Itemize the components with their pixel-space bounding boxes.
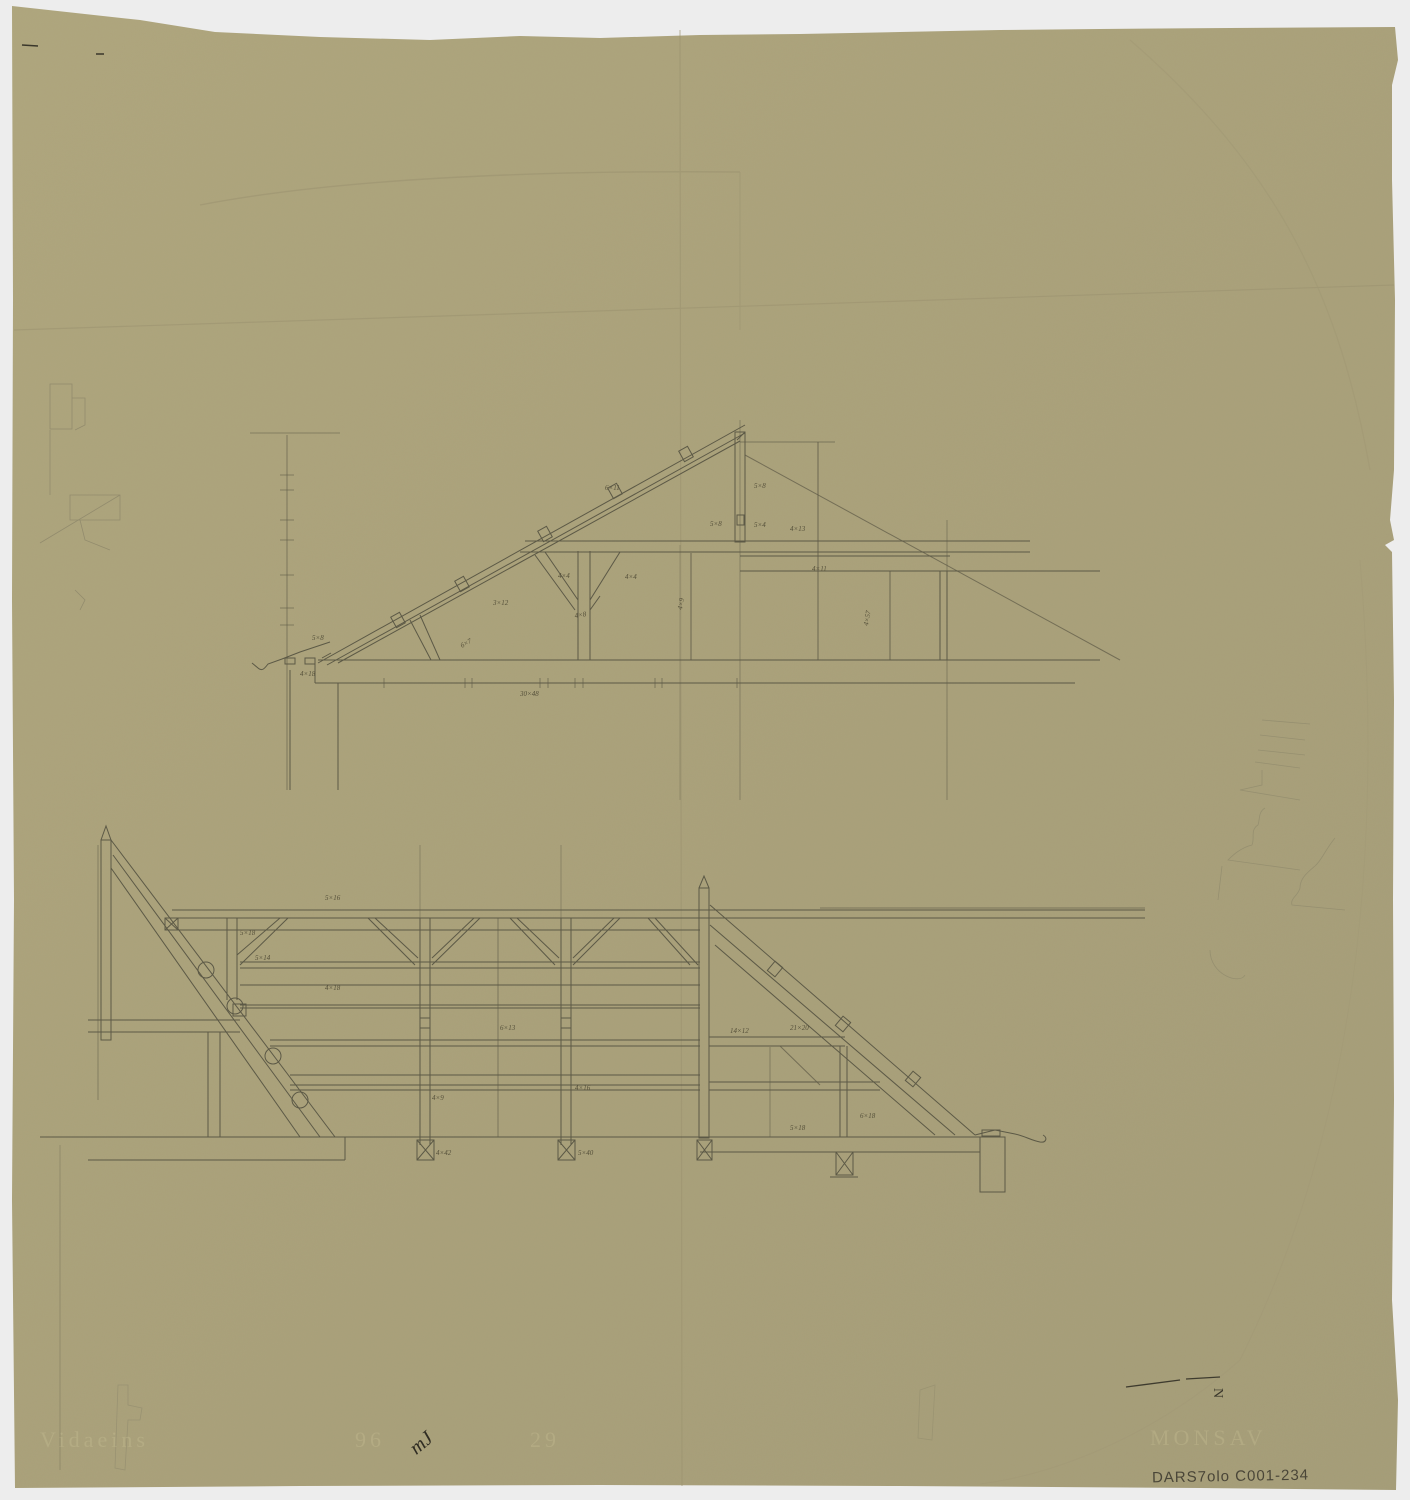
svg-text:4×11: 4×11 xyxy=(812,565,827,573)
svg-text:14×12: 14×12 xyxy=(730,1027,749,1035)
svg-text:4×4: 4×4 xyxy=(625,573,637,581)
svg-text:5×8: 5×8 xyxy=(710,520,722,528)
paper xyxy=(12,6,1398,1490)
archive-reference-number: DARS7olo C001-234 xyxy=(1152,1467,1309,1487)
svg-text:5×16: 5×16 xyxy=(325,894,341,902)
svg-text:4×42: 4×42 xyxy=(436,1149,452,1157)
ghost-stamp-mid2: 29 xyxy=(530,1427,560,1453)
svg-text:30×48: 30×48 xyxy=(519,690,539,698)
drawing-sheet: 5×8 4×18 4×8 6×7 3×12 4×4 4×4 6×11 5×8 5… xyxy=(0,0,1410,1500)
svg-text:5×18: 5×18 xyxy=(790,1124,806,1132)
svg-text:5×8: 5×8 xyxy=(312,634,324,642)
svg-text:5×18: 5×18 xyxy=(240,929,256,937)
ghost-stamp-right: MONSAV xyxy=(1150,1425,1267,1451)
svg-text:5×8: 5×8 xyxy=(754,482,766,490)
ghost-stamp-left: Vidaeins xyxy=(40,1427,149,1453)
svg-text:4×9: 4×9 xyxy=(432,1094,444,1102)
svg-text:5×14: 5×14 xyxy=(255,954,271,962)
svg-text:5×4: 5×4 xyxy=(754,521,766,529)
svg-text:4×18: 4×18 xyxy=(325,984,341,992)
svg-text:4×13: 4×13 xyxy=(790,525,806,533)
svg-text:21×20: 21×20 xyxy=(790,1024,809,1032)
svg-text:6×18: 6×18 xyxy=(860,1112,876,1120)
svg-text:6×13: 6×13 xyxy=(500,1024,516,1032)
svg-text:4×4: 4×4 xyxy=(558,572,570,580)
svg-text:4×18: 4×18 xyxy=(300,670,316,678)
svg-text:6×11: 6×11 xyxy=(605,484,620,492)
svg-text:3×12: 3×12 xyxy=(492,599,509,607)
north-label: N xyxy=(1209,1388,1225,1398)
svg-text:5×40: 5×40 xyxy=(578,1149,594,1157)
svg-text:4×16: 4×16 xyxy=(575,1084,591,1092)
ghost-stamp-mid: 96 xyxy=(355,1427,385,1453)
